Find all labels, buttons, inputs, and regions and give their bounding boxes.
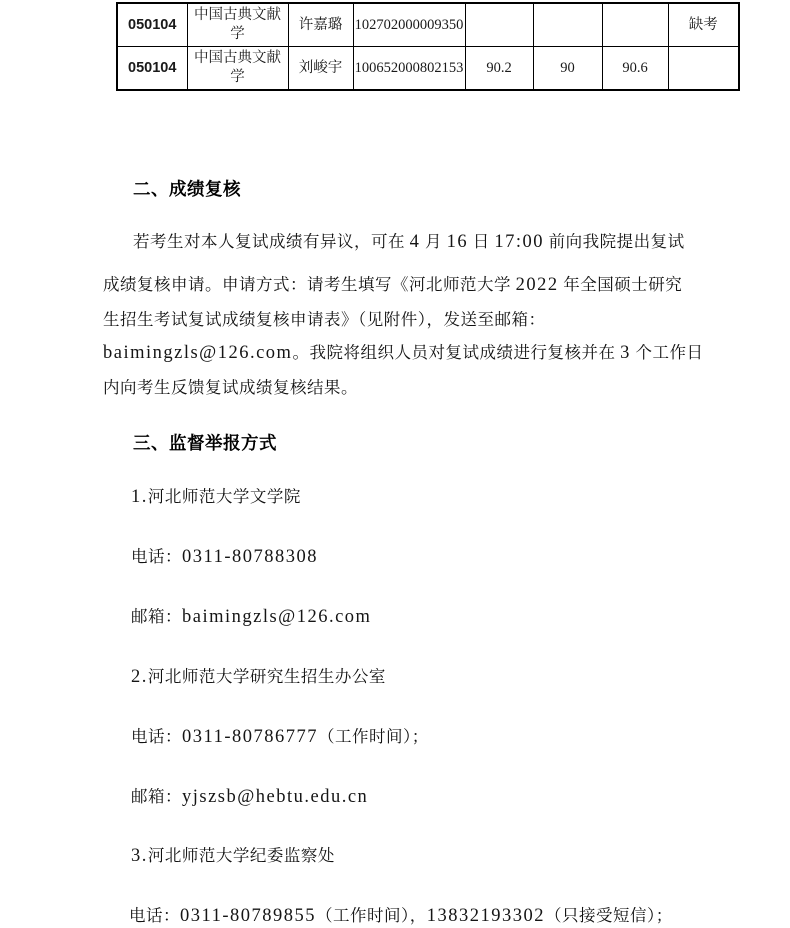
section-heading-score-review: 二、成绩复核: [133, 176, 241, 201]
cjk-text-segment: 前向我院提出复试: [544, 232, 685, 251]
paragraph-line: 成绩复核申请。申请方式：请考生填写《河北师范大学 2022 年全国硕士研究: [103, 274, 682, 296]
paragraph-line: 生招生考试复试成绩复核申请表》（见附件），发送至邮箱：: [103, 309, 546, 331]
paragraph-line: baimingzls@126.com。我院将组织人员对复试成绩进行复核并在 3 …: [103, 342, 703, 364]
handwritten-text-segment: 16: [447, 232, 469, 252]
cjk-text-segment: 电话：: [131, 727, 182, 746]
cjk-text-segment: 。我院将组织人员对复试成绩进行复核并在: [292, 343, 620, 362]
cell-score-1: [465, 3, 533, 47]
cjk-text-segment: （工作时间），: [316, 906, 427, 925]
cell-score-3: 90.6: [602, 47, 668, 91]
cjk-text-segment: 成绩复核申请。申请方式：请考生填写《河北师范大学: [103, 275, 516, 294]
cell-student-name: 许嘉璐: [288, 3, 353, 47]
cjk-text-segment: 个工作日: [631, 343, 704, 362]
section-heading-report-channels: 三、监督举报方式: [133, 430, 277, 455]
handwritten-text-segment: 0311-80788308: [182, 547, 318, 567]
handwritten-text-segment: 1.: [131, 487, 148, 507]
handwritten-text-segment: 2022: [516, 275, 559, 295]
cell-score-3: [602, 3, 668, 47]
cell-exam-number: 102702000009350: [353, 3, 465, 47]
cjk-text-segment: 若考生对本人复试成绩有异议，可在: [133, 232, 410, 251]
score-table: 050104 中国古典文献学 许嘉璐 102702000009350 缺考 05…: [116, 2, 740, 91]
handwritten-text-segment: 3: [620, 343, 631, 363]
contact-phone-line: 电话：0311-80789855（工作时间），13832193302（只接受短信…: [129, 905, 673, 927]
handwritten-text-segment: baimingzls@126.com: [103, 343, 292, 363]
paragraph-line: 内向考生反馈复试成绩复核结果。: [103, 377, 358, 399]
cjk-text-segment: （工作时间）；: [318, 727, 429, 746]
handwritten-text-segment: 17:00: [494, 232, 544, 252]
cjk-text-segment: 河北师范大学纪委监察处: [148, 846, 335, 865]
cjk-text-segment: 日: [468, 232, 494, 251]
cjk-text-segment: 河北师范大学文学院: [148, 487, 301, 506]
cell-major-name: 中国古典文献学: [187, 3, 288, 47]
contact-phone-line: 电话：0311-80788308: [131, 546, 318, 568]
handwritten-text-segment: baimingzls@126.com: [182, 607, 371, 627]
contact-org-line: 3.河北师范大学纪委监察处: [131, 845, 335, 867]
contact-email-line: 邮箱：baimingzls@126.com: [131, 606, 371, 628]
cjk-text-segment: 河北师范大学研究生招生办公室: [148, 667, 386, 686]
cjk-text-segment: 电话：: [131, 547, 182, 566]
handwritten-text-segment: 13832193302: [427, 906, 545, 926]
table-row: 050104 中国古典文献学 许嘉璐 102702000009350 缺考: [117, 3, 739, 47]
contact-org-line: 2.河北师范大学研究生招生办公室: [131, 666, 386, 688]
cell-student-name: 刘峻宇: [288, 47, 353, 91]
handwritten-text-segment: 2.: [131, 667, 148, 687]
document-page: 050104 中国古典文献学 许嘉璐 102702000009350 缺考 05…: [0, 0, 790, 928]
table-row: 050104 中国古典文献学 刘峻宇 100652000802153 90.2 …: [117, 47, 739, 91]
cell-score-2: [533, 3, 602, 47]
handwritten-text-segment: 0311-80786777: [182, 727, 318, 747]
cjk-text-segment: （只接受短信）；: [545, 906, 673, 925]
handwritten-text-segment: 4: [410, 232, 421, 252]
contact-phone-line: 电话：0311-80786777（工作时间）；: [131, 726, 429, 748]
cell-major-code: 050104: [117, 47, 187, 91]
contact-org-line: 1.河北师范大学文学院: [131, 486, 301, 508]
cjk-text-segment: 月: [420, 232, 446, 251]
paragraph-line: 若考生对本人复试成绩有异议，可在 4 月 16 日 17:00 前向我院提出复试: [133, 231, 685, 253]
cell-exam-number: 100652000802153: [353, 47, 465, 91]
cjk-text-segment: 邮箱：: [131, 787, 182, 806]
cell-score-1: 90.2: [465, 47, 533, 91]
cell-major-name: 中国古典文献学: [187, 47, 288, 91]
handwritten-text-segment: 3.: [131, 846, 148, 866]
cell-major-code: 050104: [117, 3, 187, 47]
cjk-text-segment: 内向考生反馈复试成绩复核结果。: [103, 378, 358, 397]
handwritten-text-segment: yjszsb@hebtu.edu.cn: [182, 787, 368, 807]
cjk-text-segment: 年全国硕士研究: [559, 275, 683, 294]
cell-remark: 缺考: [668, 3, 739, 47]
contact-email-line: 邮箱：yjszsb@hebtu.edu.cn: [131, 786, 368, 808]
handwritten-text-segment: 0311-80789855: [180, 906, 316, 926]
cjk-text-segment: 邮箱：: [131, 607, 182, 626]
cell-score-2: 90: [533, 47, 602, 91]
cjk-text-segment: 生招生考试复试成绩复核申请表》（见附件），发送至邮箱：: [103, 310, 546, 329]
cell-remark: [668, 47, 739, 91]
cjk-text-segment: 电话：: [129, 906, 180, 925]
